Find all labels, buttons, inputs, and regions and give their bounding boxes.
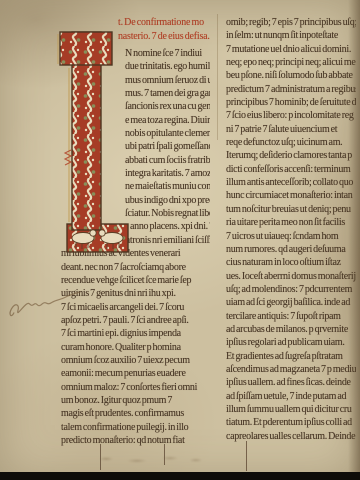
text-line: beu pſone. niſi ſolumodo ſub abbate xyxy=(226,69,356,82)
text-line: omnium ſcoz auxilio 7 uiexz pecum xyxy=(61,354,210,367)
text-line: eamonii: mecum penurias euadere xyxy=(61,367,210,380)
initial-top-bar xyxy=(60,32,112,65)
text-line: 7 ſci martini epi. dignius impenda xyxy=(61,327,210,340)
text-line: cius naturam in loco oſtium iſtaz xyxy=(226,256,356,269)
text-line: magis eſt prudentes. confirmamus xyxy=(61,407,210,420)
text-line: curam honore. Qualiter p homina xyxy=(61,341,210,354)
text-line: predicto monaſterio: qd notum fiat xyxy=(61,434,210,447)
text-line: illum ſummu uallem qui dicitur cru xyxy=(226,403,356,416)
text-line: neq; epo neq; principi neq; alicui me xyxy=(226,56,356,69)
text-line: num rumores. qd augeri deſuuma xyxy=(226,243,356,256)
text-line: tercilare antiquis: 7 ſupoſt ripam xyxy=(226,310,356,323)
marginal-note xyxy=(4,272,104,320)
text-line: Et gradientes ad ſugreſa pſtratam xyxy=(226,350,356,363)
text-line: ria uitare perita meo non ſit facilis xyxy=(226,216,356,229)
text-line: in ſelm: ut nunqm ſit inpoteſtate xyxy=(226,29,356,42)
text-line: omib; regib; 7 epis 7 principibus uſq; xyxy=(226,16,356,29)
text-line: ipſius uallem. ad fines ſicas. deinde xyxy=(226,376,356,389)
text-line: tum noſcitur breuias ut deniq; penu xyxy=(226,203,356,216)
text-line: uſq; ad molendinos: 7 pdcurrentem xyxy=(226,283,356,296)
text-line: ipſius regolari ad publicam uiam. xyxy=(226,336,356,349)
text-line: um bonoz. Igitur quoz pmum 7 xyxy=(61,394,210,407)
text-line: omnium maloz: 7 conſortes fieri omni xyxy=(61,381,210,394)
text-line: ad arcubas de milanos. p qrvernite xyxy=(226,323,356,336)
text-line: predictum 7 administratum a regibus 7 xyxy=(226,83,356,96)
text-line: tiatum. Et pderentum ipſius colli ad xyxy=(226,416,356,429)
text-line: talem confirmatione puilegij. in illo xyxy=(61,421,210,434)
ink-smudge xyxy=(150,200,190,226)
page-edge-shadow xyxy=(348,0,360,480)
text-line: Iterumq; deſiderio clamores tanta p xyxy=(226,149,356,162)
text-line: ni 7 patrie 7 ſalute uiuencium et xyxy=(226,123,356,136)
text-line: 7 uicros ut uiaueq: ſcndam hom xyxy=(226,230,356,243)
tendril-flourish xyxy=(65,150,71,165)
text-line: principibus 7 hominib; de ſeruitute dei xyxy=(226,96,356,109)
text-line: uiam ad ſci georgij baſilica. inde ad xyxy=(226,296,356,309)
photo-border xyxy=(0,472,360,480)
text-line: ad ſpiſſam uetule, 7 inde putam ad xyxy=(226,390,356,403)
right-text-column: omib; regib; 7 epis 7 principibus uſq; i… xyxy=(226,16,356,443)
ink-smudge xyxy=(92,453,210,466)
text-line: ues. Ioceſt aberrni domus monaſterij. xyxy=(226,270,356,283)
text-line: dicti confeſſoris accenſi: terminum xyxy=(226,163,356,176)
column-ruling-line xyxy=(217,14,218,140)
descender-stroke xyxy=(246,441,247,471)
text-line: hunc circumiacet monaſterio: intan xyxy=(226,189,356,202)
text-line: 7 ſcio eius libero: p incolomitate reg xyxy=(226,109,356,122)
illuminated-initial-I xyxy=(52,24,154,260)
text-line: reqe defunctoz uſq; uicinum am. xyxy=(226,136,356,149)
text-line: 7 mutatione uel dnio alicui domini. xyxy=(226,43,356,56)
text-line: illum antis anteceſſorib; collato quo xyxy=(226,176,356,189)
text-line: aſcendimus ad magzaneta 7 p mediu xyxy=(226,363,356,376)
manuscript-page: t. De confirmatione mo nasterio. 7 de ei… xyxy=(0,0,360,480)
